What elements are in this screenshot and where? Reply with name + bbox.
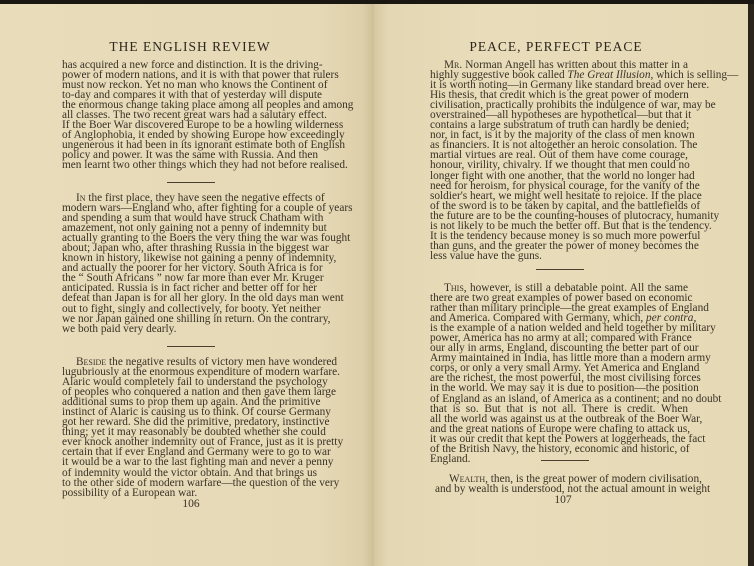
- book-spread: THE ENGLISH REVIEW has acquired a new fo…: [0, 4, 754, 566]
- text-line: we both paid very dearly.: [62, 324, 317, 334]
- text-line: England.: [430, 454, 688, 464]
- text-line: honour, virility, chivalry. If we though…: [430, 160, 688, 170]
- text-line: men learnt two other things which they h…: [62, 160, 317, 170]
- left-paragraph-3: Beside the negative results of victory m…: [62, 357, 317, 498]
- right-paragraph-2: This, however, is still a debatable poin…: [430, 283, 688, 464]
- right-paragraph-1: Mr. Norman Angell has written about this…: [430, 60, 688, 261]
- text-line: it would be a war to the last fighting m…: [62, 457, 317, 467]
- text-line: possibility of a European war.: [62, 488, 317, 498]
- section-divider: [541, 460, 589, 461]
- section-divider: [167, 346, 215, 347]
- page-number-left: 106: [165, 498, 217, 510]
- running-head-left: THE ENGLISH REVIEW: [64, 39, 316, 55]
- section-divider: [536, 269, 584, 270]
- text-line: less value have the guns.: [430, 251, 688, 261]
- left-paragraph-1: has acquired a new force and distinction…: [62, 60, 317, 171]
- text-line: in the world. We may say it is due to po…: [430, 383, 688, 393]
- running-head-right: PEACE, PERFECT PEACE: [431, 39, 681, 55]
- section-divider: [167, 182, 215, 183]
- left-paragraph-2: In the first place, they have seen the n…: [62, 193, 317, 334]
- page-number-right: 107: [537, 494, 589, 506]
- text-line: and by wealth is understood, not the act…: [435, 484, 689, 494]
- right-page: PEACE, PERFECT PEACE Mr. Norman Angell h…: [374, 4, 748, 566]
- right-paragraph-3: Wealth, then, is the great power of mode…: [435, 474, 689, 494]
- book-edge: [748, 4, 754, 566]
- left-page: THE ENGLISH REVIEW has acquired a new fo…: [0, 4, 374, 566]
- text-line: defeat than Japan is for all her glory. …: [62, 293, 317, 303]
